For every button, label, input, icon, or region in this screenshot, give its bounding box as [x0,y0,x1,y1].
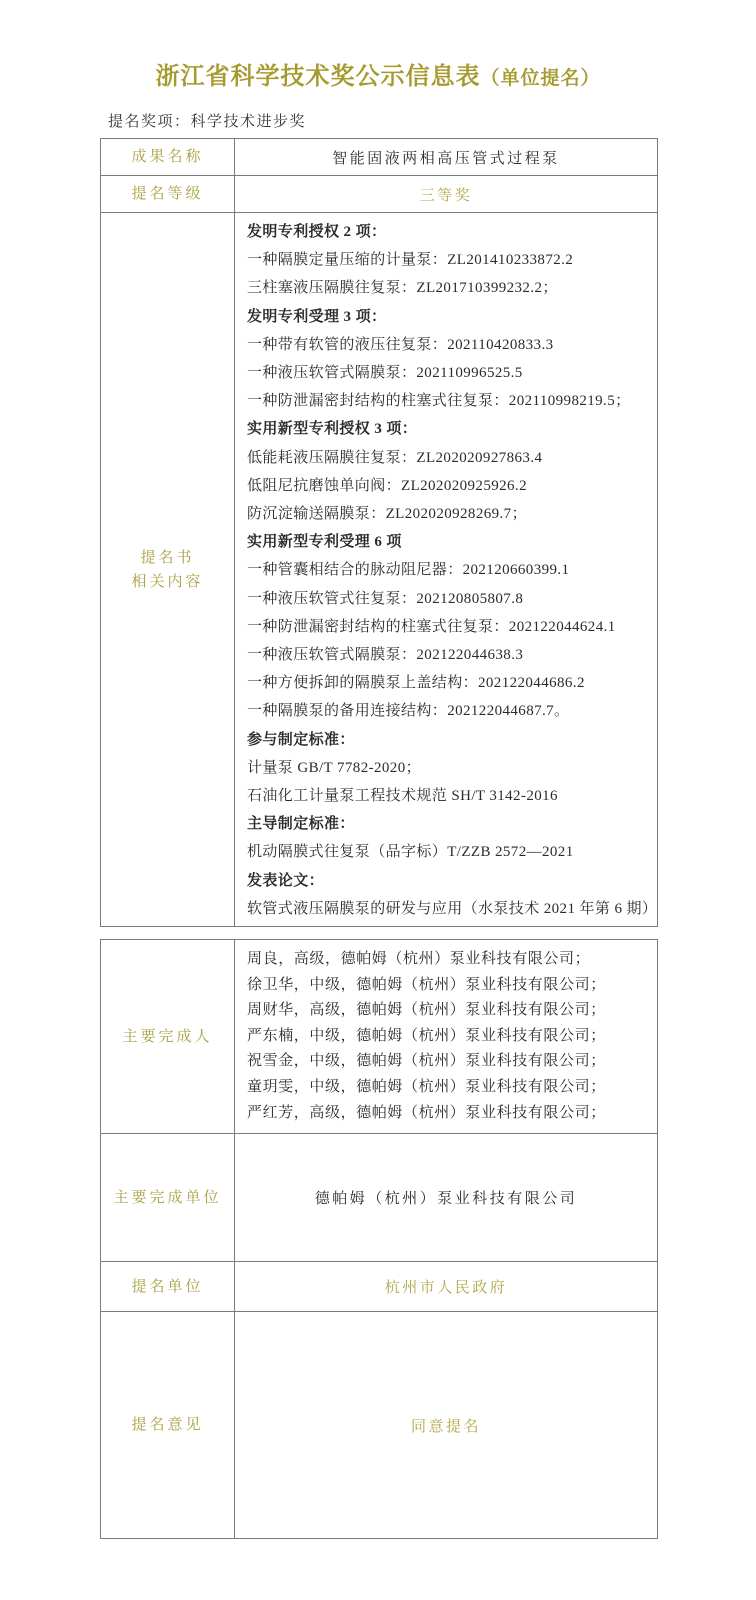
content-line: 计量泵 GB/T 7782-2020； [247,754,647,782]
content-line: 参与制定标准： [247,726,647,754]
content-line: 一种带有软管的液压往复泵：202110420833.3 [247,331,647,359]
completing-unit-label: 主要完成单位 [101,1134,235,1262]
content-line: 一种方便拆卸的隔膜泵上盖结构：202122044686.2 [247,669,647,697]
content-line: 一种液压软管式隔膜泵：202110996525.5 [247,359,647,387]
nomination-book-label-line2: 相关内容 [102,570,233,594]
completer-line: 严红芳，高级，德帕姆（杭州）泵业科技有限公司； [247,1101,647,1127]
page-title-suffix: （单位提名） [480,68,600,89]
content-line: 三柱塞液压隔膜往复泵：ZL201710399232.2； [247,274,647,302]
completer-line: 徐卫华，中级，德帕姆（杭州）泵业科技有限公司； [247,973,647,999]
nomination-opinion-value: 同意提名 [235,1312,658,1539]
award-category-value: 科学技术进步奖 [191,114,307,130]
grade-value: 三等奖 [235,176,658,213]
content-line: 发明专利受理 3 项： [247,303,647,331]
table-row: 主要完成人 周良，高级，德帕姆（杭州）泵业科技有限公司； 徐卫华，中级，德帕姆（… [101,940,658,1134]
award-category-line: 提名奖项：科学技术进步奖 [108,110,756,131]
info-table-main: 成果名称 智能固液两相高压管式过程泵 提名等级 三等奖 提名书 相关内容 发明专… [100,138,658,927]
table-row: 成果名称 智能固液两相高压管式过程泵 [101,139,658,176]
content-line: 低能耗液压隔膜往复泵：ZL202020927863.4 [247,444,647,472]
award-category-label: 提名奖项： [108,114,191,130]
completers-cell: 周良，高级，德帕姆（杭州）泵业科技有限公司； 徐卫华，中级，德帕姆（杭州）泵业科… [235,940,658,1134]
table-row: 提名单位 杭州市人民政府 [101,1262,658,1312]
content-line: 机动隔膜式往复泵（品字标）T/ZZB 2572—2021 [247,838,647,866]
result-name-label: 成果名称 [101,139,235,176]
completer-line: 童玥雯，中级，德帕姆（杭州）泵业科技有限公司； [247,1075,647,1101]
content-line: 一种液压软管式隔膜泵：202122044638.3 [247,641,647,669]
content-line: 一种管囊相结合的脉动阻尼器：202120660399.1 [247,556,647,584]
table-row: 提名等级 三等奖 [101,176,658,213]
content-line: 一种液压软管式往复泵：202120805807.8 [247,585,647,613]
nomination-content-cell: 发明专利授权 2 项： 一种隔膜定量压缩的计量泵：ZL201410233872.… [235,213,658,927]
content-line: 防沉淀输送隔膜泵：ZL202020928269.7； [247,500,647,528]
content-line: 发表论文： [247,867,647,895]
content-line: 一种隔膜定量压缩的计量泵：ZL201410233872.2 [247,246,647,274]
content-line: 低阻尼抗磨蚀单向阀：ZL202020925926.2 [247,472,647,500]
content-line: 主导制定标准： [247,810,647,838]
nomination-book-label: 提名书 相关内容 [101,213,235,927]
nomination-opinion-label: 提名意见 [101,1312,235,1539]
page-title: 浙江省科学技术奖公示信息表（单位提名） [0,0,756,97]
nominating-unit-value: 杭州市人民政府 [235,1262,658,1312]
document-page: 浙江省科学技术奖公示信息表（单位提名） 提名奖项：科学技术进步奖 成果名称 智能… [0,0,756,1600]
result-name-value: 智能固液两相高压管式过程泵 [235,139,658,176]
completers-label: 主要完成人 [101,940,235,1134]
table-row: 提名书 相关内容 发明专利授权 2 项： 一种隔膜定量压缩的计量泵：ZL2014… [101,213,658,927]
content-line: 发明专利授权 2 项： [247,218,647,246]
content-line: 实用新型专利授权 3 项： [247,415,647,443]
content-line: 一种隔膜泵的备用连接结构：202122044687.7。 [247,697,647,725]
nomination-book-label-line1: 提名书 [102,546,233,570]
content-line: 软管式液压隔膜泵的研发与应用（水泵技术 2021 年第 6 期） [247,895,647,923]
table-gap [0,927,756,939]
content-line: 一种防泄漏密封结构的柱塞式往复泵：202122044624.1 [247,613,647,641]
table-row: 提名意见 同意提名 [101,1312,658,1539]
completer-line: 祝雪金，中级，德帕姆（杭州）泵业科技有限公司； [247,1049,647,1075]
page-title-main: 浙江省科学技术奖公示信息表 [155,64,480,90]
content-line: 实用新型专利受理 6 项 [247,528,647,556]
grade-label: 提名等级 [101,176,235,213]
completer-line: 周财华，高级，德帕姆（杭州）泵业科技有限公司； [247,998,647,1024]
content-line: 一种防泄漏密封结构的柱塞式往复泵：202110998219.5； [247,387,647,415]
content-line: 石油化工计量泵工程技术规范 SH/T 3142-2016 [247,782,647,810]
table-row: 主要完成单位 德帕姆（杭州）泵业科技有限公司 [101,1134,658,1262]
info-table-secondary: 主要完成人 周良，高级，德帕姆（杭州）泵业科技有限公司； 徐卫华，中级，德帕姆（… [100,939,658,1539]
completer-line: 周良，高级，德帕姆（杭州）泵业科技有限公司； [247,947,647,973]
nominating-unit-label: 提名单位 [101,1262,235,1312]
completer-line: 严东楠，中级，德帕姆（杭州）泵业科技有限公司； [247,1024,647,1050]
completing-unit-value: 德帕姆（杭州）泵业科技有限公司 [235,1134,658,1262]
